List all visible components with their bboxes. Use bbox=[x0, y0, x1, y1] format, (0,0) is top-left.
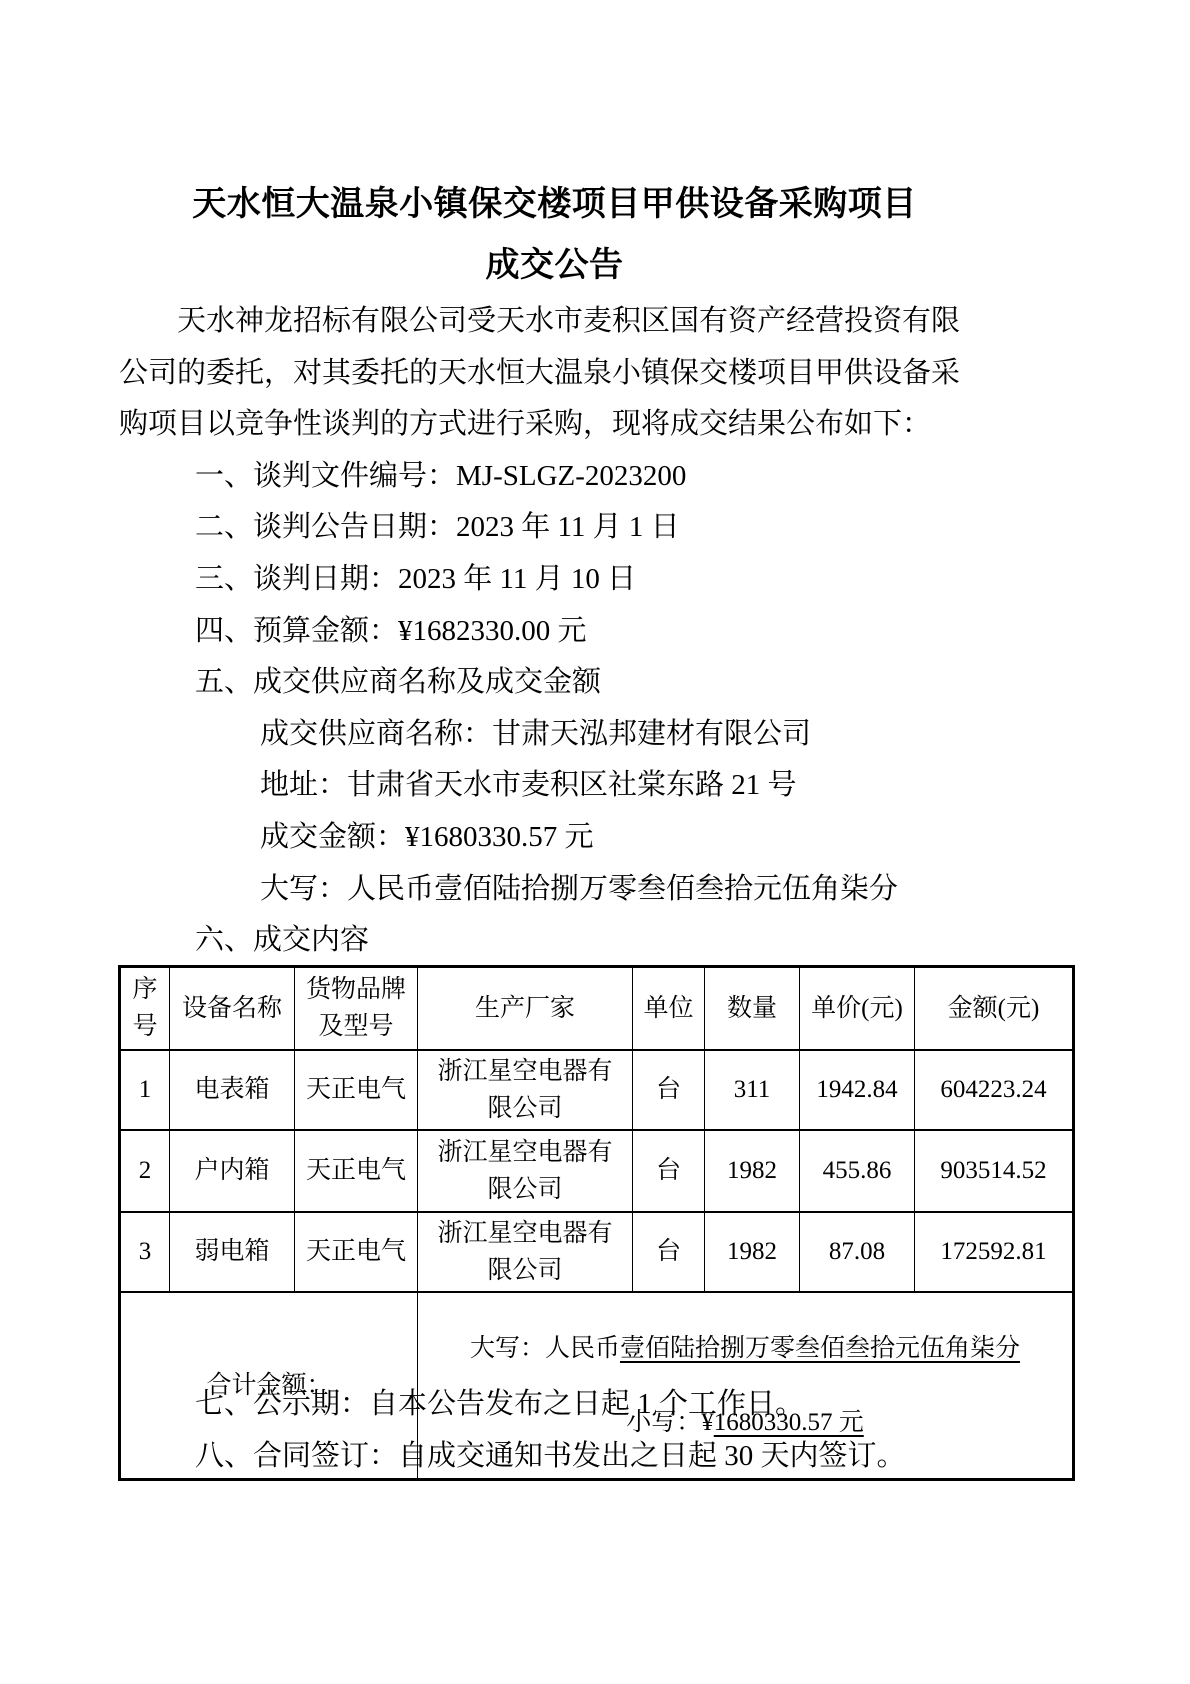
item-negotiation-date: 三、谈判日期：2023 年 11 月 10 日 bbox=[119, 554, 1129, 606]
cell-amount: 604223.24 bbox=[915, 1050, 1074, 1130]
cell-quantity: 311 bbox=[705, 1050, 800, 1130]
header-device-name: 设备名称 bbox=[170, 967, 295, 1050]
item-budget-amount: 四、预算金额：¥1682330.00 元 bbox=[119, 606, 1129, 658]
cell-serial-no: 3 bbox=[120, 1212, 170, 1292]
cell-quantity: 1982 bbox=[705, 1212, 800, 1292]
table-row: 2 户内箱 天正电气 浙江星空电器有 限公司 台 1982 455.86 903… bbox=[120, 1130, 1074, 1212]
publicity-period-line: 七、公示期：自本公告发布之日起 1 个工作日。 bbox=[119, 1379, 1129, 1431]
award-amount-line: 成交金额：¥1680330.57 元 bbox=[119, 812, 1129, 864]
cell-device-name: 弱电箱 bbox=[170, 1212, 295, 1292]
intro-paragraph: 天水神龙招标有限公司受天水市麦积区国有资产经营投资有限 公司的委托，对其委托的天… bbox=[119, 296, 1129, 451]
document-body: 天水神龙招标有限公司受天水市麦积区国有资产经营投资有限 公司的委托，对其委托的天… bbox=[119, 296, 1129, 967]
table-header-row: 序 号 设备名称 货物品牌 及型号 生产厂家 单位 数量 单价(元) 金额(元) bbox=[120, 967, 1074, 1050]
contract-signing-line: 八、合同签订：自成交通知书发出之日起 30 天内签订。 bbox=[119, 1431, 1129, 1483]
header-unit-price: 单价(元) bbox=[800, 967, 915, 1050]
cell-brand-model: 天正电气 bbox=[295, 1130, 418, 1212]
cell-unit-price: 87.08 bbox=[800, 1212, 915, 1292]
cell-amount: 172592.81 bbox=[915, 1212, 1074, 1292]
header-manufacturer: 生产厂家 bbox=[418, 967, 633, 1050]
amount-in-words-line: 大写：人民币壹佰陆拾捌万零叁佰叁拾元伍角柒分 bbox=[119, 864, 1129, 916]
item-supplier-section-heading: 五、成交供应商名称及成交金额 bbox=[119, 657, 1129, 709]
total-amount-in-words: 大写：人民币壹佰陆拾捌万零叁佰叁拾元伍角柒分 bbox=[418, 1330, 1072, 1367]
cell-quantity: 1982 bbox=[705, 1130, 800, 1212]
table-row: 3 弱电箱 天正电气 浙江星空电器有 限公司 台 1982 87.08 1725… bbox=[120, 1212, 1074, 1292]
cell-unit-price: 455.86 bbox=[800, 1130, 915, 1212]
total-words-prefix: 大写：人民币 bbox=[470, 1335, 620, 1362]
item-announcement-date: 二、谈判公告日期：2023 年 11 月 1 日 bbox=[119, 502, 1129, 554]
cell-device-name: 户内箱 bbox=[170, 1130, 295, 1212]
cell-serial-no: 1 bbox=[120, 1050, 170, 1130]
table-row: 1 电表箱 天正电气 浙江星空电器有 限公司 台 311 1942.84 604… bbox=[120, 1050, 1074, 1130]
supplier-name-line: 成交供应商名称：甘肃天泓邦建材有限公司 bbox=[119, 709, 1129, 761]
header-serial-no: 序 号 bbox=[120, 967, 170, 1050]
cell-unit-price: 1942.84 bbox=[800, 1050, 915, 1130]
header-unit: 单位 bbox=[633, 967, 705, 1050]
header-amount: 金额(元) bbox=[915, 967, 1074, 1050]
document-title-line2: 成交公告 bbox=[119, 235, 990, 296]
supplier-address-line: 地址：甘肃省天水市麦积区社棠东路 21 号 bbox=[119, 760, 1129, 812]
cell-manufacturer: 浙江星空电器有 限公司 bbox=[418, 1130, 633, 1212]
cell-unit: 台 bbox=[633, 1212, 705, 1292]
cell-brand-model: 天正电气 bbox=[295, 1050, 418, 1130]
cell-device-name: 电表箱 bbox=[170, 1050, 295, 1130]
header-quantity: 数量 bbox=[705, 967, 800, 1050]
cell-unit: 台 bbox=[633, 1130, 705, 1212]
document-footer-items: 七、公示期：自本公告发布之日起 1 个工作日。 八、合同签订：自成交通知书发出之… bbox=[119, 1379, 1129, 1482]
document-title-block: 天水恒大温泉小镇保交楼项目甲供设备采购项目 成交公告 bbox=[119, 174, 990, 296]
cell-manufacturer: 浙江星空电器有 限公司 bbox=[418, 1212, 633, 1292]
cell-serial-no: 2 bbox=[120, 1130, 170, 1212]
document-title-line1: 天水恒大温泉小镇保交楼项目甲供设备采购项目 bbox=[119, 174, 990, 235]
award-content-heading: 六、成交内容 bbox=[119, 915, 1129, 967]
cell-amount: 903514.52 bbox=[915, 1130, 1074, 1212]
cell-manufacturer: 浙江星空电器有 限公司 bbox=[418, 1050, 633, 1130]
cell-unit: 台 bbox=[633, 1050, 705, 1130]
cell-brand-model: 天正电气 bbox=[295, 1212, 418, 1292]
item-negotiation-doc-number: 一、谈判文件编号：MJ-SLGZ-2023200 bbox=[119, 451, 1129, 503]
header-brand-model: 货物品牌 及型号 bbox=[295, 967, 418, 1050]
document-page: 天水恒大温泉小镇保交楼项目甲供设备采购项目 成交公告 天水神龙招标有限公司受天水… bbox=[0, 0, 1190, 1684]
total-words-underlined: 壹佰陆拾捌万零叁佰叁拾元伍角柒分 bbox=[620, 1335, 1020, 1362]
